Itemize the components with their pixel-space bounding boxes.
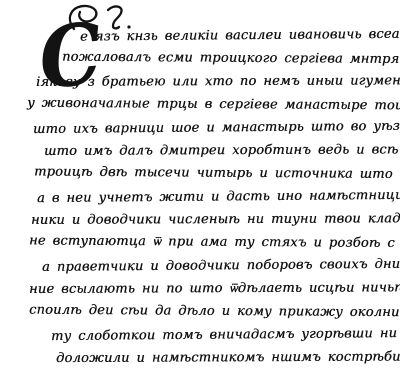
manuscript-line-14: ту слоботкои томъ вничадасмъ угорѣвши ни… [51,326,400,343]
manuscript-line-8: а в неи учнетъ жити и дасть ино намѣстни… [37,188,400,205]
manuscript-line-15: доложили и намѣстникомъ ншимъ кострѣбишн… [56,350,400,365]
manuscript-line-5: што ихъ варници шое и манастырь што во у… [33,119,400,136]
manuscript-line-1: е язъ кнзь великіи василеи ивановичь все… [80,27,400,43]
manuscript-line-6: што имъ далъ дмитреи хоробтинъ ведь и вс… [44,143,400,158]
manuscript-line-13: споилѣ деи сѣи да дѣло и кому прикажу ок… [29,304,400,320]
manuscript-line-4: у живоначалные трцы в сергіеве манастыре… [27,97,400,113]
manuscript-line-9: ники и доводчики численыѣ ни тиуни твои … [31,212,400,227]
manuscript-line-11: а праветчики и доводчики поборовъ своихъ… [42,257,400,274]
manuscript-page: С е язъ кнзь великіи василеи ивановичь в… [0,0,400,392]
manuscript-line-7: троицѣ двѣ тысечи читырь и источника што… [34,165,400,181]
manuscript-line-3: іякову з братьею или хто по немъ иныи иг… [36,74,400,89]
manuscript-line-12: ние всылають ни по што ѿдѣлаеть исцѣи ни… [29,281,400,296]
manuscript-line-2: пожаловалъ есми троицкого сергіева мнтря… [62,51,400,67]
manuscript-line-10: не вступаютца ѿ при ама ту стяхъ и розбо… [29,234,400,250]
